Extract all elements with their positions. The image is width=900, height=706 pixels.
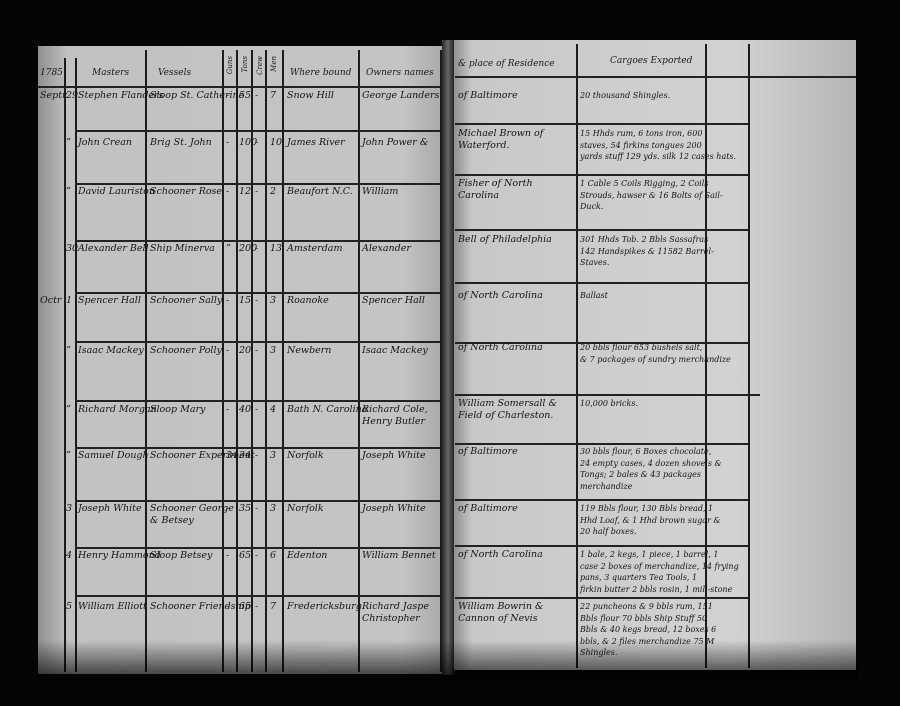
row-rule (455, 174, 748, 176)
entry-residence: William Somersall & Field of Charleston. (458, 398, 573, 422)
entry-residence: of North Carolina (458, 549, 573, 561)
entry-guns: 34 (226, 450, 238, 462)
column-rule (358, 50, 360, 672)
row-rule (75, 130, 440, 132)
row-rule (455, 394, 760, 396)
entry-guns: - (226, 503, 229, 515)
entry-tons: 34 (239, 450, 251, 462)
entry-day: ” (66, 137, 71, 149)
column-rule (236, 50, 238, 672)
row-rule (455, 545, 748, 547)
entry-day: 4 (66, 550, 72, 562)
row-rule (455, 76, 856, 78)
entry-month: Septr (40, 90, 67, 102)
entry-tons: 15 (239, 295, 251, 307)
entry-vessel: Schooner Sally (150, 295, 222, 307)
entry-cargo: 301 Hhds Tob. 2 Bbls Sassafras 142 Hands… (580, 234, 750, 269)
entry-guns: - (226, 137, 229, 149)
entry-day: 1 (66, 295, 72, 307)
entry-where-bound: Newbern (287, 345, 331, 357)
entry-day: 5 (66, 601, 72, 613)
entry-crew: - (255, 550, 258, 562)
entry-residence: of Baltimore (458, 503, 573, 515)
entry-guns: - (226, 601, 229, 613)
entry-residence: of North Carolina (458, 342, 573, 354)
entry-master: Samuel Dough (78, 450, 149, 462)
entry-residence: of Baltimore (458, 90, 573, 102)
entry-guns: ” (226, 243, 231, 255)
entry-day: ” (66, 186, 71, 198)
header-owners-names: Owners names (366, 67, 434, 79)
entry-tons: 12 (239, 186, 251, 198)
entry-where-bound: Bath N. Carolina (287, 404, 367, 416)
row-rule (75, 500, 440, 502)
entry-tons: 20 (239, 345, 251, 357)
entry-cargo: 20 thousand Shingles. (580, 90, 750, 102)
entry-vessel: Sloop St. Catherine (150, 90, 244, 102)
entry-residence: Fisher of North Carolina (458, 178, 573, 202)
row-rule (455, 123, 748, 125)
entry-cargo: 1 bale, 2 kegs, 1 piece, 1 barrel, 1 cas… (580, 549, 750, 595)
entry-owner: William Bennet (362, 550, 436, 562)
entry-men: 13 (270, 243, 282, 255)
row-rule (455, 499, 748, 501)
row-rule (455, 229, 748, 231)
entry-master: Joseph White (78, 503, 142, 515)
column-rule (75, 58, 77, 672)
entry-men: 3 (270, 345, 276, 357)
entry-cargo: 30 bbls flour, 6 Boxes chocolate, 24 emp… (580, 446, 750, 492)
header-where-bound: Where bound (290, 67, 351, 79)
row-rule (455, 597, 748, 599)
entry-owner: Richard Jaspe Christopher (362, 601, 429, 625)
column-rule (576, 44, 578, 668)
entry-tons: 35 (239, 503, 251, 515)
entry-owner: Isaac Mackey (362, 345, 428, 357)
entry-owner: Joseph White (362, 450, 426, 462)
entry-men: 3 (270, 450, 276, 462)
column-rule (282, 50, 284, 672)
entry-cargo: Ballast (580, 290, 750, 302)
entry-tons: 65 (239, 601, 251, 613)
entry-master: David Lauriston (78, 186, 155, 198)
entry-day: ” (66, 345, 71, 357)
entry-master: Spencer Hall (78, 295, 141, 307)
column-rule (145, 50, 147, 672)
entry-owner: Spencer Hall (362, 295, 425, 307)
entry-vessel: Sloop Betsey (150, 550, 212, 562)
entry-residence: William Bowrin & Cannon of Nevis (458, 601, 573, 625)
entry-men: 3 (270, 295, 276, 307)
entry-crew: - (255, 295, 258, 307)
entry-crew: - (255, 137, 258, 149)
row-rule (75, 240, 440, 242)
entry-cargo: 20 bbls flour 653 bushels salt, & 7 pack… (580, 342, 750, 365)
header-crew: Crew (254, 56, 266, 75)
entry-vessel: Brig St. John (150, 137, 212, 149)
header-masters: Masters (92, 67, 129, 79)
entry-owner: Alexander (362, 243, 411, 255)
entry-tons: 65 (239, 550, 251, 562)
header-year: 1785 (40, 67, 63, 79)
entry-where-bound: Roanoke (287, 295, 329, 307)
row-rule (75, 341, 440, 343)
entry-master: Henry Hammond (78, 550, 161, 562)
entry-vessel: Schooner Friendship (150, 601, 251, 613)
entry-month: Octr (40, 295, 61, 307)
entry-master: Richard Morgan (78, 404, 157, 416)
entry-vessel: Schooner Rose (150, 186, 222, 198)
entry-day: 29 (66, 90, 78, 102)
entry-men: 3 (270, 503, 276, 515)
entry-men: 4 (270, 404, 276, 416)
entry-crew: - (255, 345, 258, 357)
entry-crew: - (255, 186, 258, 198)
row-rule (75, 292, 440, 294)
entry-tons: 40 (239, 404, 251, 416)
entry-day: 30 (66, 243, 78, 255)
row-rule (455, 282, 748, 284)
entry-men: 10 (270, 137, 282, 149)
column-rule (222, 50, 224, 672)
entry-owner: Joseph White (362, 503, 426, 515)
entry-where-bound: Amsterdam (287, 243, 342, 255)
entry-guns: - (226, 345, 229, 357)
entry-guns: - (226, 404, 229, 416)
row-rule (75, 447, 440, 449)
book-spine (442, 40, 454, 675)
entry-cargo: 10,000 bricks. (580, 398, 750, 410)
entry-residence: Michael Brown of Waterford. (458, 128, 573, 152)
entry-men: 2 (270, 186, 276, 198)
entry-residence: of Baltimore (458, 446, 573, 458)
entry-men: 6 (270, 550, 276, 562)
entry-owner: William (362, 186, 398, 198)
entry-where-bound: Norfolk (287, 450, 324, 462)
row-rule (75, 183, 440, 185)
row-rule (455, 443, 748, 445)
entry-men: 7 (270, 90, 276, 102)
row-rule (38, 86, 440, 88)
entry-vessel: Ship Minerva (150, 243, 215, 255)
row-rule (75, 400, 440, 402)
entry-guns: - (226, 550, 229, 562)
header-residence: & place of Residence (458, 58, 555, 70)
entry-crew: - (255, 450, 258, 462)
entry-where-bound: Norfolk (287, 503, 324, 515)
header-guns: Guns (224, 56, 236, 74)
entry-crew: - (255, 601, 258, 613)
entry-crew: - (255, 90, 258, 102)
entry-cargo: 1 Cable 5 Coils Rigging, 2 Coils Strouds… (580, 178, 750, 213)
entry-vessel: Schooner Polly (150, 345, 222, 357)
header-tons: Tons (239, 56, 251, 72)
entry-where-bound: Edenton (287, 550, 327, 562)
header-cargoes: Cargoes Exported (610, 55, 692, 67)
entry-cargo: 15 Hhds rum, 6 tons iron, 600 staves, 54… (580, 128, 750, 163)
entry-where-bound: Fredericksburg (287, 601, 362, 613)
row-rule (75, 595, 440, 597)
entry-crew: - (255, 243, 258, 255)
entry-where-bound: James River (287, 137, 345, 149)
entry-vessel: Sloop Mary (150, 404, 205, 416)
entry-tons: 55 (239, 90, 251, 102)
entry-guns: - (226, 295, 229, 307)
entry-guns: - (226, 186, 229, 198)
header-vessels: Vessels (158, 67, 191, 79)
entry-where-bound: Snow Hill (287, 90, 334, 102)
entry-vessel: Schooner George & Betsey (150, 503, 234, 527)
entry-master: William Elliott (78, 601, 147, 613)
entry-day: ” (66, 404, 71, 416)
entry-master: John Crean (78, 137, 132, 149)
entry-guns: - (226, 90, 229, 102)
entry-men: 7 (270, 601, 276, 613)
entry-where-bound: Beaufort N.C. (287, 186, 353, 198)
entry-owner: Richard Cole, Henry Butler (362, 404, 428, 428)
column-rule (440, 50, 442, 672)
entry-cargo: 22 puncheons & 9 bbls rum, 151 Bbls flou… (580, 601, 750, 659)
entry-residence: Bell of Philadelphia (458, 234, 573, 246)
entry-crew: - (255, 503, 258, 515)
entry-residence: of North Carolina (458, 290, 573, 302)
column-rule (265, 50, 267, 672)
row-rule (75, 547, 440, 549)
entry-master: Alexander Bell (78, 243, 149, 255)
entry-owner: John Power & (362, 137, 428, 149)
entry-day: 3 (66, 503, 72, 515)
header-men: Men (268, 56, 280, 72)
entry-day: ” (66, 450, 71, 462)
entry-cargo: 119 Bbls flour, 130 Bbls bread, 1 Hhd Lo… (580, 503, 750, 538)
entry-owner: George Landers (362, 90, 439, 102)
column-rule (64, 58, 66, 672)
entry-crew: - (255, 404, 258, 416)
entry-master: Isaac Mackey (78, 345, 144, 357)
